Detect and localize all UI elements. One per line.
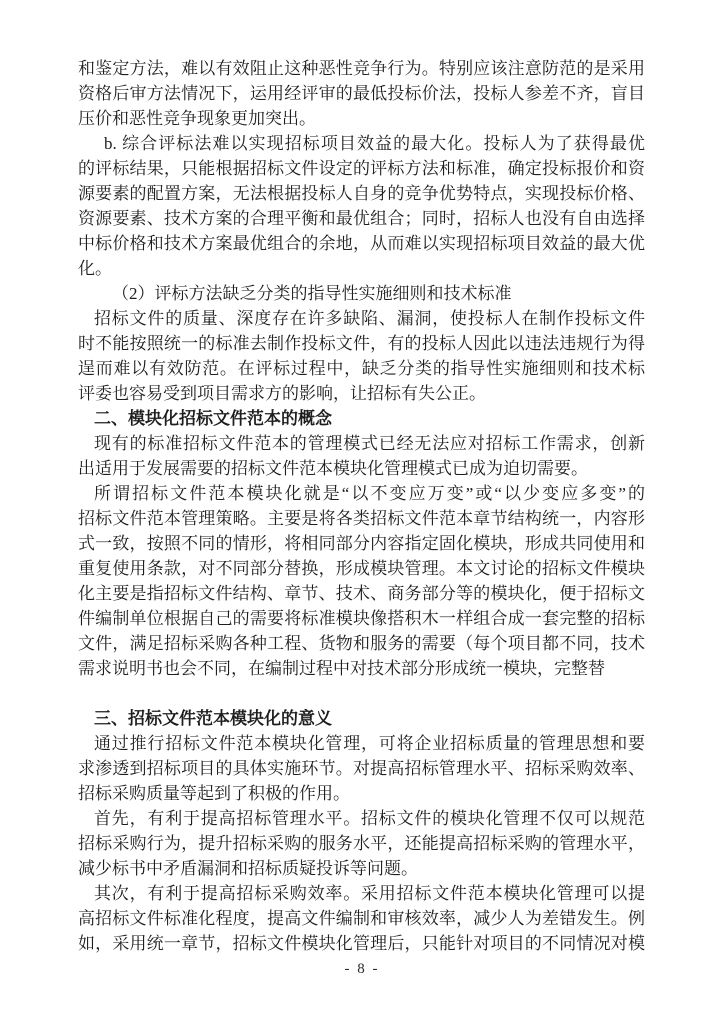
- text-line: 高招标文件标准化程度，提高文件编制和审核效率，减少人为差错发生。例: [78, 906, 645, 931]
- heading-line: 二、模块化招标文件范本的概念: [78, 406, 645, 431]
- page-number: - 8 -: [0, 961, 724, 978]
- text-line: 所谓招标文件范本模块化就是“以不变应万变”或“以少变应多变”的: [78, 481, 645, 506]
- text-line: 资格后审方法情况下，运用经评审的最低投标价法，投标人参差不齐，盲目: [78, 81, 645, 106]
- text-line: 化主要是指招标文件结构、章节、技术、商务部分等的模块化，便于招标文: [78, 581, 645, 606]
- text-line: 资源要素、技术方案的合理平衡和最优组合；同时，招标人也没有自由选择: [78, 206, 645, 231]
- text-line: 重复使用条款，对不同部分替换，形成模块管理。本文讨论的招标文件模块: [78, 556, 645, 581]
- document-body: 和鉴定方法，难以有效阻止这种恶性竞争行为。特别应该注意防范的是采用资格后审方法情…: [78, 56, 645, 956]
- text-line: 评委也容易受到项目需求方的影响，让招标有失公正。: [78, 381, 645, 406]
- text-line: 通过推行招标文件范本模块化管理，可将企业招标质量的管理思想和要: [78, 731, 645, 756]
- text-line: 其次，有利于提高招标采购效率。采用招标文件范本模块化管理可以提: [78, 881, 645, 906]
- text-line: 中标价格和技术方案最优组合的余地，从而难以实现招标项目效益的最大优: [78, 231, 645, 256]
- text-line: 时不能按照统一的标准去制作投标文件，有的投标人因此以违法违规行为得: [78, 331, 645, 356]
- text-line: 首先，有利于提高招标管理水平。招标文件的模块化管理不仅可以规范: [78, 806, 645, 831]
- text-line: 招标文件范本管理策略。主要是将各类招标文件范本章节结构统一，内容形: [78, 506, 645, 531]
- blank-line: [78, 681, 645, 706]
- text-line: 减少标书中矛盾漏洞和招标质疑投诉等问题。: [78, 856, 645, 881]
- text-line: 文件，满足招标采购各种工程、货物和服务的需要（每个项目都不同，技术: [78, 631, 645, 656]
- text-line: 招标采购行为，提升招标采购的服务水平，还能提高招标采购的管理水平，: [78, 831, 645, 856]
- text-line: 如，采用统一章节，招标文件模块化管理后，只能针对项目的不同情况对模: [78, 931, 645, 956]
- text-line: 件编制单位根据自己的需要将标准模块像搭积木一样组合成一套完整的招标: [78, 606, 645, 631]
- text-line: 的评标结果，只能根据招标文件设定的评标方法和标准，确定投标报价和资: [78, 156, 645, 181]
- text-line: b. 综合评标法难以实现招标项目效益的最大化。投标人为了获得最优: [78, 131, 645, 156]
- text-line: 出适用于发展需要的招标文件范本模块化管理模式已成为迫切需要。: [78, 456, 645, 481]
- text-line: （2）评标方法缺乏分类的指导性实施细则和技术标准: [78, 281, 645, 306]
- text-line: 化。: [78, 256, 645, 281]
- heading-line: 三、招标文件范本模块化的意义: [78, 706, 645, 731]
- text-line: 现有的标准招标文件范本的管理模式已经无法应对招标工作需求，创新: [78, 431, 645, 456]
- text-line: 招标采购质量等起到了积极的作用。: [78, 781, 645, 806]
- text-line: 源要素的配置方案，无法根据投标人自身的竞争优势特点，实现投标价格、: [78, 181, 645, 206]
- text-line: 求渗透到招标项目的具体实施环节。对提高招标管理水平、招标采购效率、: [78, 756, 645, 781]
- text-line: 式一致，按照不同的情形，将相同部分内容指定固化模块，形成共同使用和: [78, 531, 645, 556]
- text-line: 逞而难以有效防范。在评标过程中，缺乏分类的指导性实施细则和技术标准，: [78, 356, 645, 381]
- text-line: 需求说明书也会不同，在编制过程中对技术部分形成统一模块，完整替换）。: [78, 656, 645, 681]
- text-line: 压价和恶性竞争现象更加突出。: [78, 106, 645, 131]
- document-page: 和鉴定方法，难以有效阻止这种恶性竞争行为。特别应该注意防范的是采用资格后审方法情…: [0, 0, 724, 1024]
- text-line: 和鉴定方法，难以有效阻止这种恶性竞争行为。特别应该注意防范的是采用: [78, 56, 645, 81]
- text-line: 招标文件的质量、深度存在许多缺陷、漏洞，使投标人在制作投标文件: [78, 306, 645, 331]
